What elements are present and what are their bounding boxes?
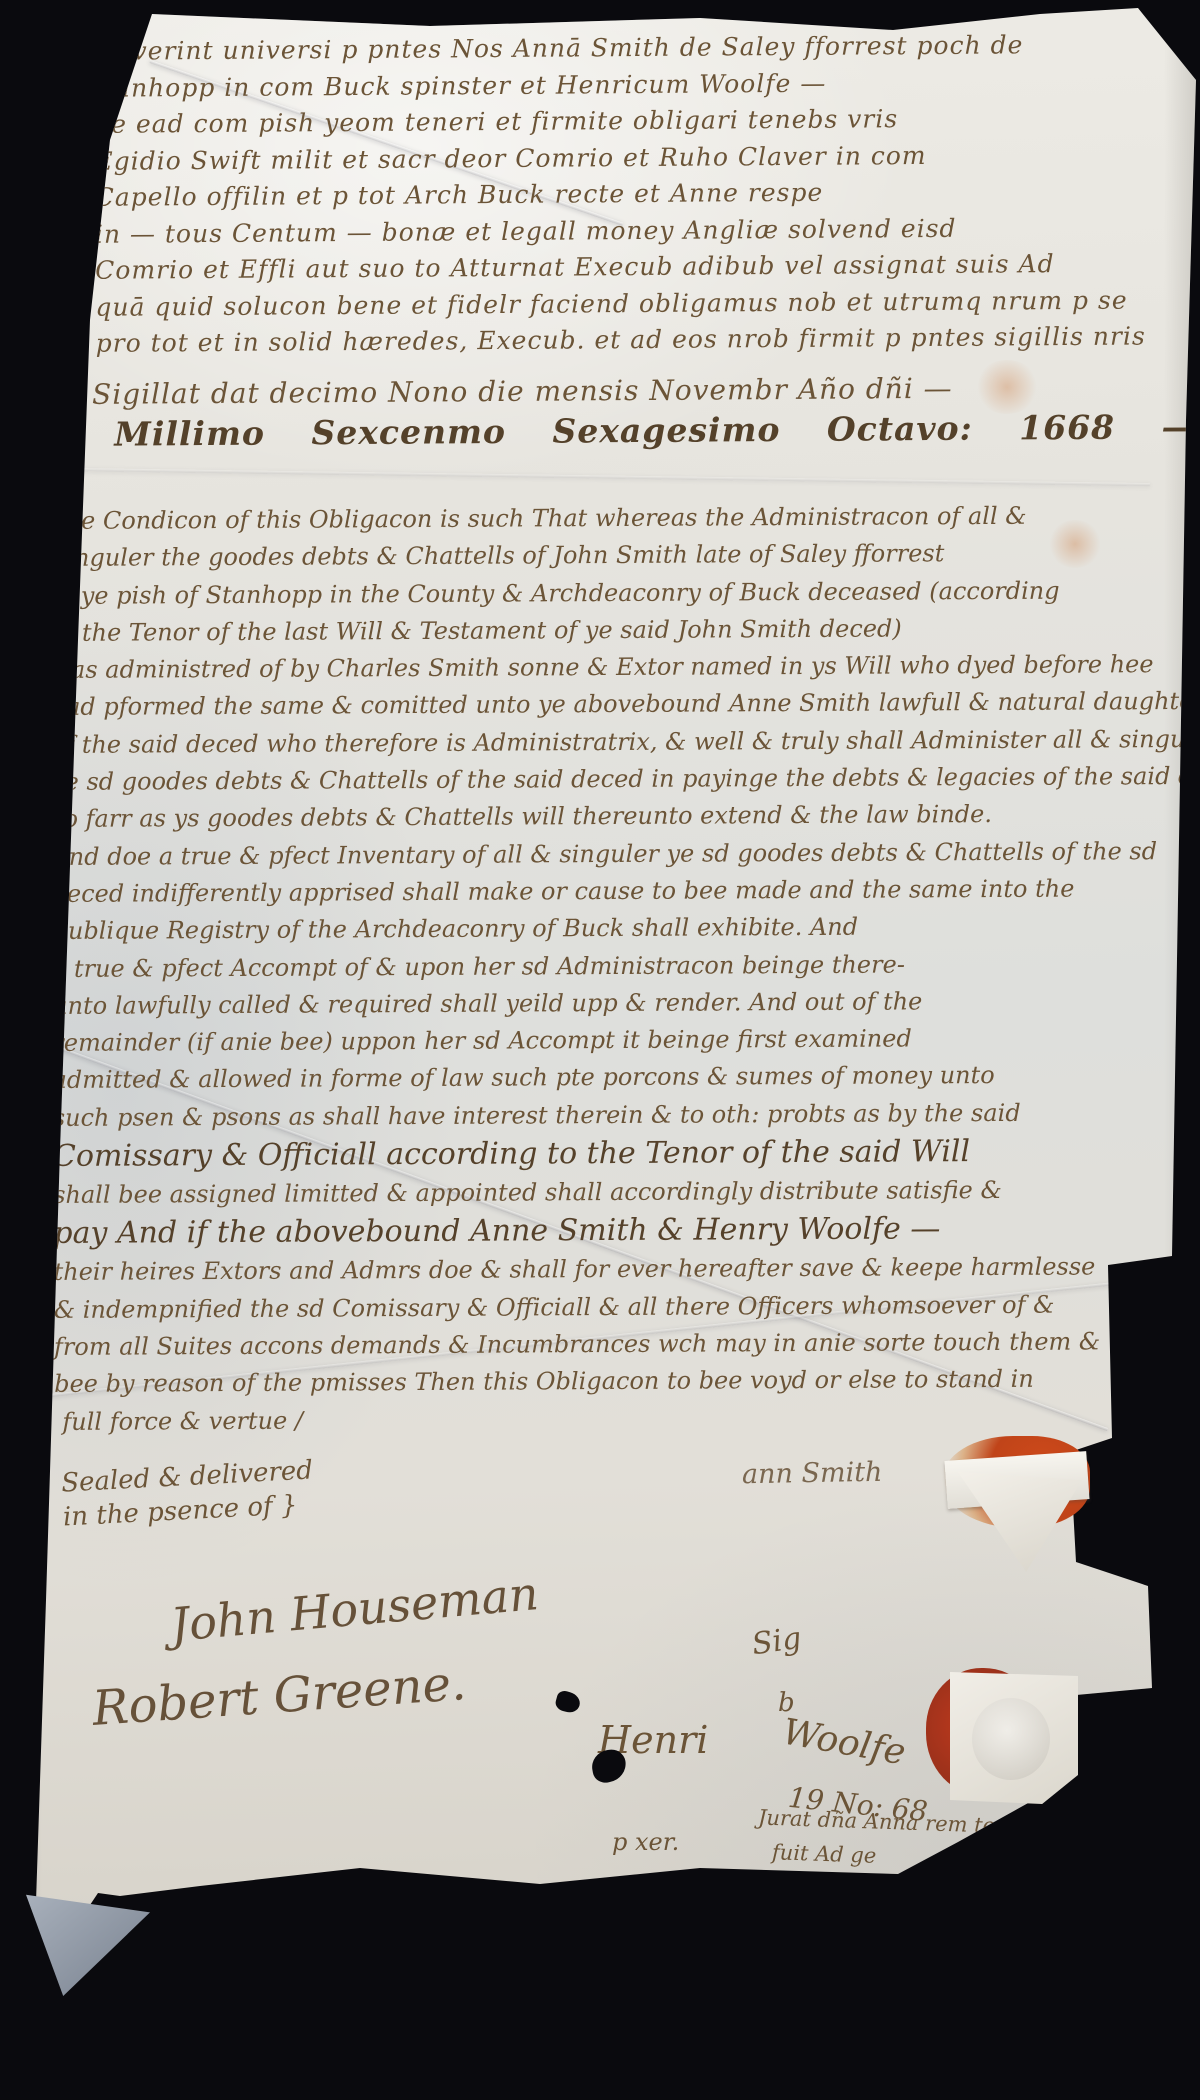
manuscript-line: Millimo Sexcenmo Sexagesimo Octavo: 1668… <box>114 409 1186 453</box>
manuscript-line: to the Tenor of the last Will & Testamen… <box>50 609 1170 652</box>
signature-john-houseman: John Houseman <box>168 1566 540 1652</box>
manuscript-line: remainder (if anie bee) uppon her sd Acc… <box>52 1019 1172 1062</box>
photo-of-manuscript: Noverint universi p pntes Nos Annā Smith… <box>0 0 1200 2100</box>
manuscript-line: Sigillat dat decimo Nono die mensis Nove… <box>92 369 1186 413</box>
manuscript-line: bee by reason of the pmisses Then this O… <box>54 1360 1174 1403</box>
manuscript-line: deced indifferently apprised shall make … <box>52 870 1172 913</box>
manuscript-line: shall bee assigned limitted & appointed … <box>53 1171 1173 1214</box>
manuscript-line: their heires Extors and Admrs doe & shal… <box>53 1248 1173 1291</box>
manuscript-line: Noverint universi p pntes Nos Annā Smith… <box>94 26 1184 70</box>
per-mark-annotation: p xer. <box>612 1828 679 1856</box>
manuscript-line: Publique Registry of the Archdeaconry of… <box>52 907 1172 950</box>
signature-woolfe: Woolfe <box>779 1712 908 1774</box>
manuscript-line: of the said deced who therefore is Admin… <box>51 721 1171 764</box>
manuscript-line: in ye pish of Stanhopp in the County & A… <box>50 572 1170 615</box>
jurat-annotation-line2: fuit Ad ge <box>772 1840 877 1868</box>
condition-clause-paragraph: The Condicon of this Obligacon is such T… <box>50 497 1175 1441</box>
manuscript-line: from all Suites accons demands & Incumbr… <box>54 1323 1174 1366</box>
paper-hole <box>554 1689 582 1715</box>
seal-paper-tag <box>950 1672 1078 1804</box>
latin-bond-paragraph: Noverint universi p pntes Nos Annā Smith… <box>94 26 1187 453</box>
manuscript-line: And doe a true & pfect Inventary of all … <box>51 833 1171 876</box>
manuscript-line: pro tot et in solid hæredes, Execub. et … <box>96 318 1186 362</box>
manuscript-line: pay And if the abovebound Anne Smith & H… <box>53 1208 1173 1254</box>
manuscript-line: & indempnified the sd Comissary & Offici… <box>54 1286 1174 1329</box>
manuscript-line: so farr as ys goodes debts & Chattells w… <box>51 795 1171 838</box>
fold-crease <box>70 468 1150 486</box>
manuscript-line: Singuler the goodes debts & Chattells of… <box>50 534 1170 577</box>
manuscript-line: Comissary & Officiall according to the T… <box>53 1131 1173 1177</box>
attestation-block: Sealed & delivered in the psence of } <box>60 1453 315 1534</box>
manuscript-line: a true & pfect Accompt of & upon her sd … <box>52 945 1172 988</box>
manuscript-line: was administred of by Charles Smith sonn… <box>50 646 1170 689</box>
jurat-annotation-line1: Jurat dña Anna rem tone <box>758 1805 1022 1838</box>
manuscript-line: The Condicon of this Obligacon is such T… <box>50 497 1170 540</box>
manuscript-line: full force & vertue / <box>62 1398 1174 1441</box>
sig-flourish-mark: Sig <box>750 1621 804 1663</box>
manuscript-line: such psen & psons as shall have interest… <box>53 1094 1173 1137</box>
manuscript-line: had pformed the same & comitted unto ye … <box>51 684 1171 727</box>
manuscript-line: unto lawfully called & required shall ye… <box>52 982 1172 1025</box>
signature-ann-smith: ann Smith <box>742 1457 883 1490</box>
manuscript-line: admitted & allowed in forme of law such … <box>52 1057 1172 1100</box>
manuscript-line: ye sd goodes debts & Chattells of the sa… <box>51 758 1171 801</box>
signature-robert-greene: Robert Greene. <box>91 1655 468 1737</box>
